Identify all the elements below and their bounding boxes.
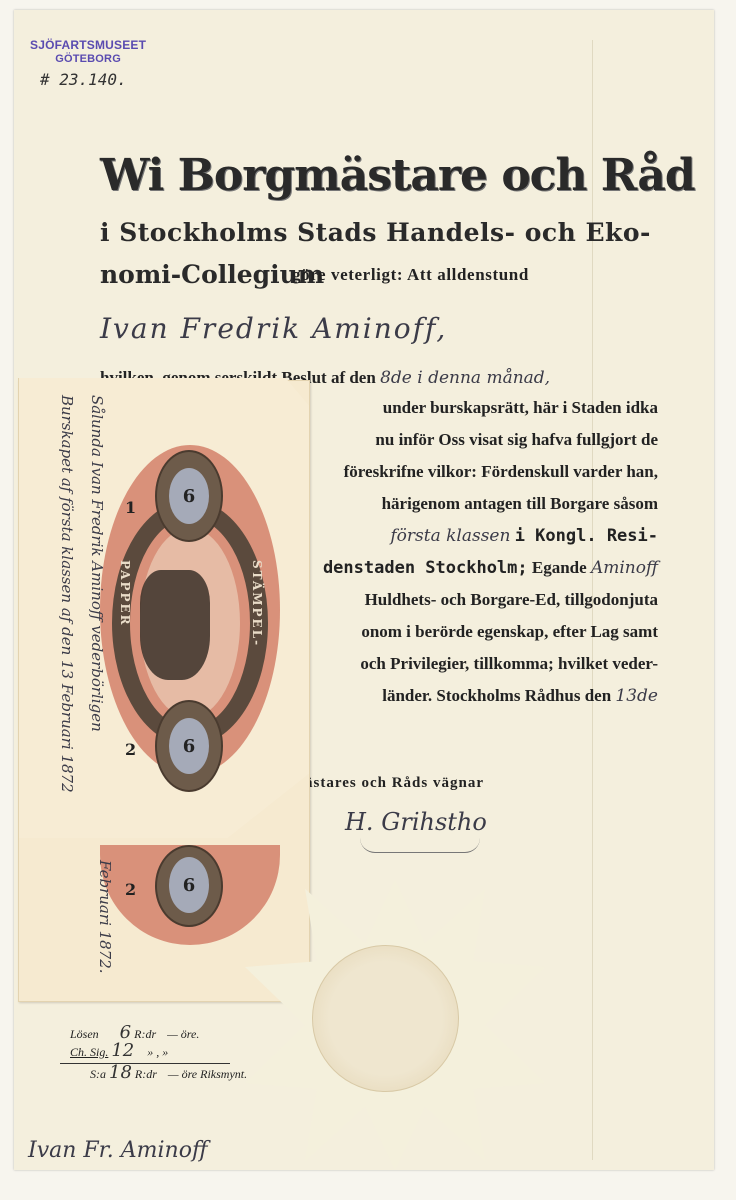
body-line-2: under burskapsrätt, här i Staden idka [383,398,658,418]
body-line-7-handwritten: Aminoff [591,558,658,578]
fee-chsig-value: 12 [111,1040,134,1061]
body-line-5: härigenom antagen till Borgare såsom [382,494,658,514]
fee-row-chsig: Ch. Sig. 12 » , » [70,1040,247,1058]
heading-line2: i Stockholms Stads Handels- och Eko- [100,218,651,247]
stamp-number-top: 1 [125,498,136,517]
body-line-6-handwritten: första klassen [390,526,510,546]
heading-title: Wi Borgmästare och Råd [100,150,695,201]
body-line-8: Huldhets- och Borgare-Ed, tillgodonjuta [365,590,658,610]
recipient-signature: Ivan Fr. Aminoff [28,1138,208,1163]
stamp-number-bottom: 2 [125,740,136,759]
fee-row-sum: S:a 18 R:dr — öre Riksmynt. [90,1062,247,1080]
medallion-value: 6 [169,857,209,913]
medallion-value: 6 [169,718,209,774]
on-behalf-line: ästares och Råds vägnar [305,775,484,792]
coat-of-arms-icon [140,570,210,680]
value-medallion-top: 6 [155,450,223,542]
ring-text-left: PAPPER [118,560,132,627]
body-line-7-printed: Egande [532,558,587,577]
fee-sum-value: 18 [109,1062,132,1083]
fee-losen-label: Lösen [70,1027,99,1041]
body-line-11-handwritten: 13de [615,686,658,706]
accession-number: # 23.140. [40,70,127,89]
museum-stamp: SJÖFARTSMUSEET GÖTEBORG [30,38,146,66]
fee-losen-unit: R:dr [134,1027,156,1041]
body-line-7: denstaden Stockholm; Egande Aminoff [323,558,658,578]
embossed-seal-icon [312,945,459,1092]
medallion-value: 6 [169,468,209,524]
body-line-3: nu inför Oss visat sig hafva fullgjort d… [375,430,658,450]
fee-sum-unit: R:dr [135,1067,157,1081]
body-line-9: onom i berörde egenskap, efter Lag samt [361,622,658,642]
body-line-11: länder. Stockholms Rådhus den 13de [382,686,658,706]
value-medallion-bottom: 6 [155,700,223,792]
signature-flourish [360,838,480,853]
fee-losen-ore: — öre. [167,1027,199,1041]
fee-chsig-label: Ch. Sig. [70,1045,108,1059]
slip-handwriting-3: Februari 1872. [96,860,114,990]
body-line-1-handwritten: 8de i denna månad, [380,368,550,388]
fees-divider [60,1063,230,1064]
slip-handwriting-2: Burskapet af första klassen af den 13 Fe… [58,395,76,875]
body-line-6: första klassen i Kongl. Resi- [390,526,658,546]
body-line-7-bold: denstaden Stockholm; [323,558,528,578]
body-line-10: och Privilegier, tillkomma; hvilket vede… [360,654,658,674]
body-line-6-printed: i Kongl. Resi- [515,526,658,546]
fee-row-losen: Lösen 6 R:dr — öre. [70,1022,247,1040]
body-line-4: föreskrifne vilkor: Fördenskull varder h… [344,462,658,482]
fee-sum-ore: — öre Riksmynt. [168,1067,247,1081]
heading-line3-printed: göre veterligt: Att alldenstund [292,265,529,285]
slip-handwriting-1: Sålunda Ivan Fredrik Aminoff vederbörlig… [88,395,106,795]
heading-line3-blackletter: nomi-Collegium [100,260,324,289]
body-line-11-printed: länder. Stockholms Rådhus den [382,686,611,705]
handwritten-name: Ivan Fredrik Aminoff, [100,312,447,345]
museum-stamp-line1: SJÖFARTSMUSEET [30,38,146,52]
ring-text-right: STÄMPEL- [250,560,264,647]
fees-block: Lösen 6 R:dr — öre. Ch. Sig. 12 » , » S:… [70,1022,247,1080]
museum-stamp-line2: GÖTEBORG [30,52,146,66]
fee-sum-label: S:a [90,1067,106,1081]
fee-chsig-marks: » , » [147,1045,168,1059]
council-signature: H. Grihstho [345,808,487,836]
stamp-number-lower: 2 [125,880,136,899]
value-medallion-lower: 6 [155,845,223,927]
